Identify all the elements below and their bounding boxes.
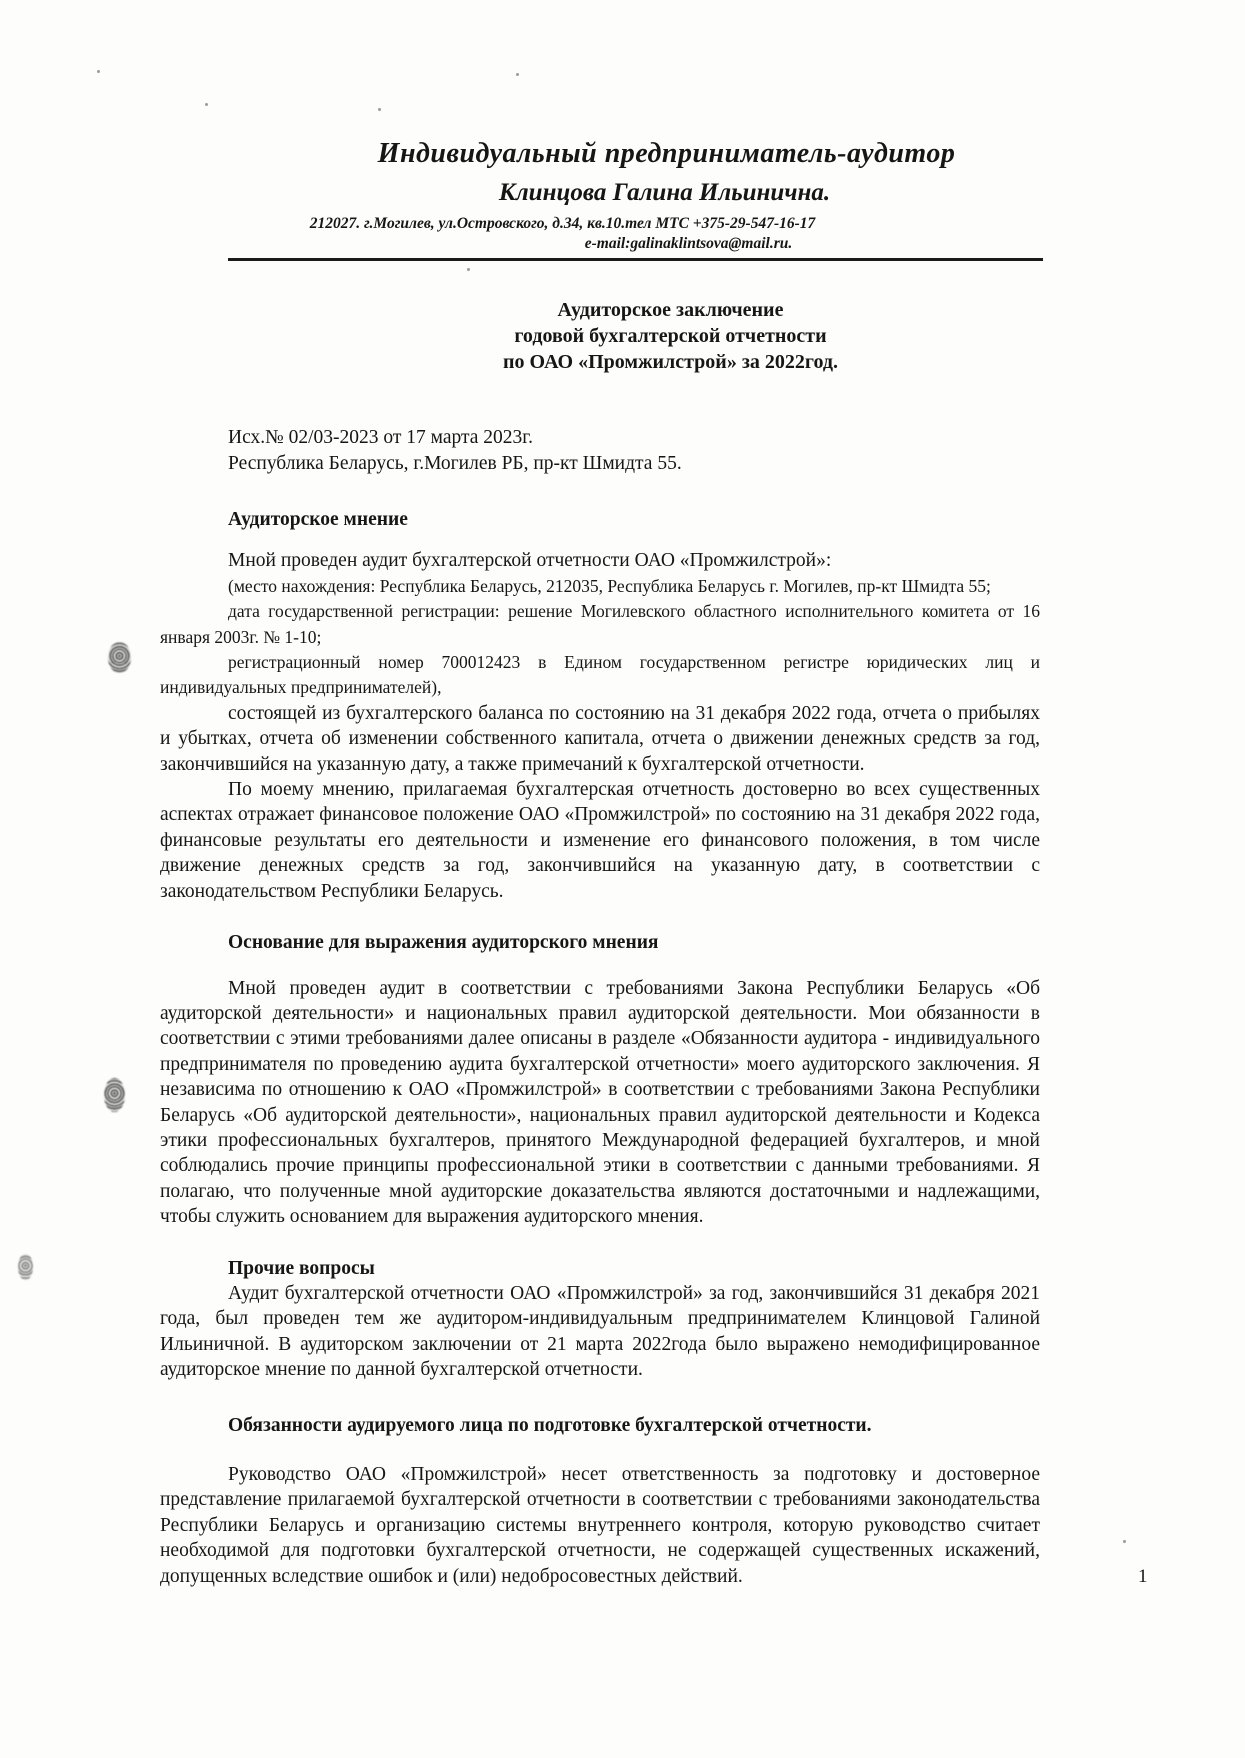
paragraph-management-responsibility: Руководство ОАО «Промжилстрой» несет отв…	[160, 1462, 1040, 1589]
paragraph-other-matters: Аудит бухгалтерской отчетности ОАО «Пром…	[160, 1281, 1040, 1383]
scan-speckle	[378, 108, 381, 111]
auditor-address: 212027. г.Могилев, ул.Островского, д.34,…	[0, 215, 1185, 233]
paragraph: Мной проведен аудит бухгалтерской отчетн…	[160, 548, 1040, 573]
section-heading-basis-for-opinion: Основание для выражения аудиторского мне…	[228, 930, 1040, 955]
document-title: Аудиторское заключение годовой бухгалтер…	[48, 297, 1245, 375]
scan-speckle	[205, 103, 208, 106]
scanned-audit-report-page: Индивидуальный предприниматель-аудитор К…	[0, 0, 1245, 1758]
scan-speckle	[467, 268, 470, 271]
ink-smudge-artifact	[108, 642, 131, 673]
reference-location: Республика Беларусь, г.Могилев РБ, пр-кт…	[228, 451, 1245, 477]
page-number: 1	[1138, 1566, 1148, 1588]
reference-block: Исх.№ 02/03-2023 от 17 марта 2023г. Респ…	[228, 425, 1245, 477]
section-heading-management-responsibility: Обязанности аудируемого лица по подготов…	[228, 1413, 1040, 1438]
scan-speckle	[97, 70, 100, 73]
paragraph-statements-composition: состоящей из бухгалтерского баланса по с…	[160, 701, 1040, 777]
section-heading-other-matters: Прочие вопросы	[228, 1256, 1040, 1281]
letterhead-divider	[228, 258, 1043, 261]
ink-smudge-artifact	[104, 1078, 125, 1112]
paragraph-opinion-statement: По моему мнению, прилагаемая бухгалтерск…	[160, 777, 1040, 904]
scan-speckle	[1123, 1540, 1126, 1543]
paragraph-basis-for-opinion: Мной проведен аудит в соответствии с тре…	[160, 976, 1040, 1230]
paragraph-registration-date: дата государственной регистрации: решени…	[160, 599, 1040, 650]
paragraph-entity-location: (место нахождения: Республика Беларусь, …	[160, 574, 1040, 599]
letterhead: Индивидуальный предприниматель-аудитор К…	[0, 0, 1245, 253]
paragraph-registration-number: регистрационный номер 700012423 в Едином…	[160, 650, 1040, 701]
outgoing-number: Исх.№ 02/03-2023 от 17 марта 2023г.	[228, 425, 1245, 451]
auditor-title: Индивидуальный предприниматель-аудитор	[44, 138, 1245, 170]
auditor-name: Клинцова Галина Ильинична.	[42, 179, 1245, 207]
title-line-2: годовой бухгалтерской отчетности	[48, 323, 1245, 349]
ink-smudge-artifact	[18, 1254, 33, 1280]
title-line-1: Аудиторское заключение	[48, 297, 1245, 323]
auditor-email: e-mail:galinaklintsova@mail.ru.	[66, 235, 1245, 253]
scan-speckle	[516, 73, 519, 76]
report-body: Аудиторское мнение Мной проведен аудит б…	[160, 507, 1040, 1589]
title-line-3: по ОАО «Промжилстрой» за 2022год.	[48, 349, 1245, 375]
section-heading-audit-opinion: Аудиторское мнение	[228, 507, 1040, 532]
